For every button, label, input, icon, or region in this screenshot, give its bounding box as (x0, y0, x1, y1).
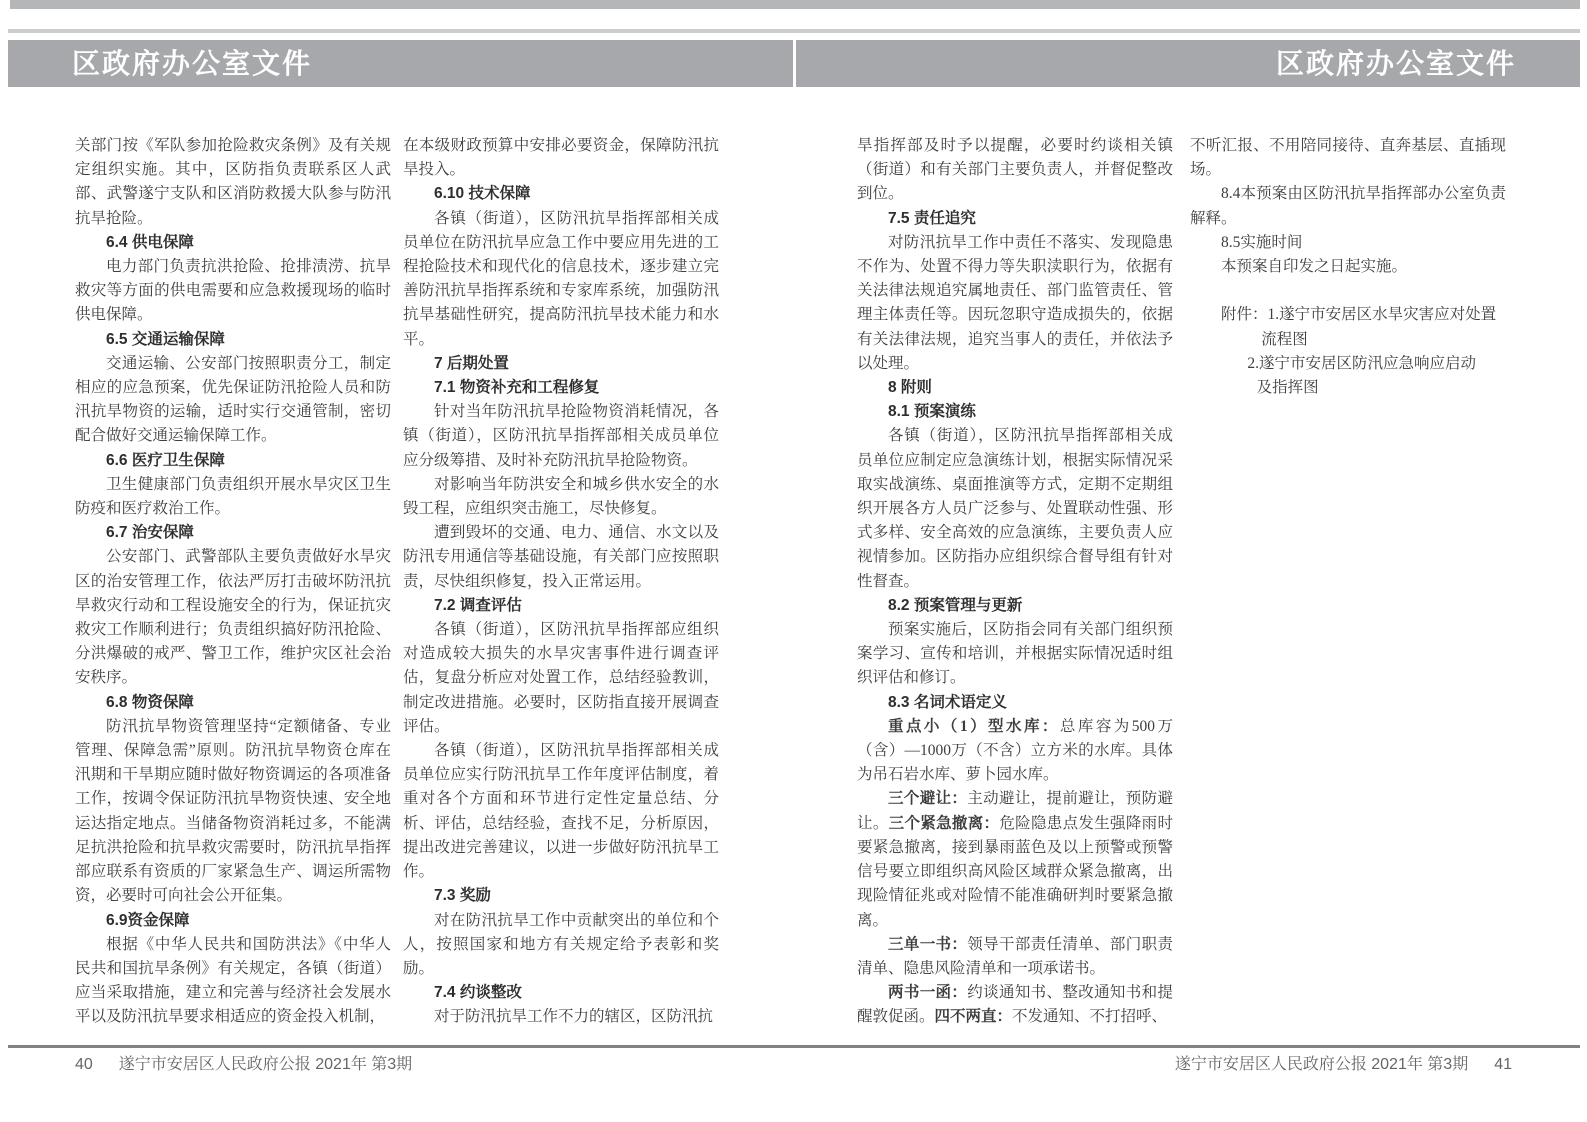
body-paragraph: 8.4本预案由区防汛抗旱指挥部办公室负责解释。 (1190, 182, 1506, 230)
footer-title-left: 遂宁市安居区人民政府公报 2021年 第3期 (119, 1056, 412, 1073)
body-paragraph: 对于防汛抗旱工作不力的辖区，区防汛抗 (403, 1005, 719, 1029)
footer-right: 遂宁市安居区人民政府公报 2021年 第3期41 (1175, 1054, 1512, 1076)
body-paragraph: 遭到毁坏的交通、电力、通信、水文以及防汛专用通信等基础设施，有关部门应按照职责，… (403, 521, 719, 594)
attachment-line: 附件：1.遂宁市安居区水旱灾害应对处置 (1190, 303, 1506, 327)
section-heading: 7 后期处置 (403, 352, 719, 376)
body-paragraph: 卫生健康部门负责组织开展水旱灾区卫生防疫和医疗救治工作。 (75, 473, 391, 521)
section-heading: 7.3 奖励 (403, 884, 719, 908)
section-heading: 7.5 责任追究 (857, 207, 1173, 231)
text-column-1: 关部门按《军队参加抢险救灾条例》及有关规定组织实施。其中，区防指负责联系区人武部… (75, 134, 391, 1044)
page-top-edge-strip (10, 0, 1580, 9)
section-heading: 7.1 物资补充和工程修复 (403, 376, 719, 400)
body-paragraph: 8.5实施时间 (1190, 231, 1506, 255)
section-heading: 8.3 名词术语定义 (857, 691, 1173, 715)
body-paragraph: 电力部门负责抗洪抢险、抢排渍涝、抗旱救灾等方面的供电需要和应急救援现场的临时供电… (75, 255, 391, 328)
attachment-line: 流程图 (1190, 328, 1506, 352)
section-heading: 6.5 交通运输保障 (75, 328, 391, 352)
body-paragraph: 公安部门、武警部队主要负责做好水旱灾区的治安管理工作，依法严厉打击破坏防汛抗旱救… (75, 545, 391, 690)
body-paragraph: 对防汛抗旱工作中责任不落实、发现隐患不作为、处置不得力等失职渎职行为，依据有关法… (857, 231, 1173, 376)
attachment-line: 2.遂宁市安居区防汛应急响应启动 (1190, 352, 1506, 376)
body-paragraph: 在本级财政预算中安排必要资金，保障防汛抗旱投入。 (403, 134, 719, 182)
header-banner-right-label: 区政府办公室文件 (1276, 48, 1516, 79)
body-paragraph: 交通运输、公安部门按照职责分工，制定相应的应急预案，优先保证防汛抢险人员和防汛抗… (75, 352, 391, 449)
body-paragraph: 本预案自印发之日起实施。 (1190, 255, 1506, 279)
body-paragraph: 三个避让：主动避让，提前避让，预防避让。三个紧急撤离：危险隐患点发生强降雨时要紧… (857, 787, 1173, 932)
body-paragraph: 各镇（街道），区防汛抗旱指挥部相关成员单位应制定应急演练计划，根据实际情况采取实… (857, 424, 1173, 593)
section-heading: 6.7 治安保障 (75, 521, 391, 545)
body-paragraph: 两书一函：约谈通知书、整改通知书和提醒敦促函。四不两直：不发通知、不打招呼、 (857, 981, 1173, 1029)
text-column-3: 旱指挥部及时予以提醒，必要时约谈相关镇（街道）和有关部门主要负责人，并督促整改到… (857, 134, 1173, 1044)
section-heading: 6.8 物资保障 (75, 691, 391, 715)
section-heading: 8 附则 (857, 376, 1173, 400)
page-number-right: 41 (1494, 1054, 1512, 1076)
header-banner-right: 区政府办公室文件 (796, 40, 1580, 87)
body-paragraph: 重点小（1）型水库：总库容为500万（含）—1000万（不含）立方米的水库。具体… (857, 715, 1173, 788)
page-number-left: 40 (75, 1054, 93, 1076)
blank-line (1190, 279, 1506, 303)
body-paragraph: 对在防汛抗旱工作中贡献突出的单位和个人，按照国家和地方有关规定给予表彰和奖励。 (403, 909, 719, 982)
attachment-line: 及指挥图 (1190, 376, 1506, 400)
body-paragraph: 三单一书：领导干部责任清单、部门职责清单、隐患风险清单和一项承诺书。 (857, 933, 1173, 981)
section-heading: 8.2 预案管理与更新 (857, 594, 1173, 618)
body-paragraph: 针对当年防汛抗旱抢险物资消耗情况，各镇（街道），区防汛抗旱指挥部相关成员单位应分… (403, 400, 719, 473)
section-heading: 6.9资金保障 (75, 909, 391, 933)
footer-rule (8, 1045, 1580, 1048)
header-banner-left-label: 区政府办公室文件 (72, 48, 312, 79)
body-paragraph: 不听汇报、不用陪同接待、直奔基层、直插现场。 (1190, 134, 1506, 182)
section-heading: 6.4 供电保障 (75, 231, 391, 255)
header-banner-left: 区政府办公室文件 (8, 40, 793, 87)
bulletin-spread: { "header": { "left_banner": "区政府办公室文件",… (0, 0, 1587, 1122)
section-heading: 7.4 约谈整改 (403, 981, 719, 1005)
section-heading: 6.6 医疗卫生保障 (75, 449, 391, 473)
footer-title-right: 遂宁市安居区人民政府公报 2021年 第3期 (1175, 1056, 1468, 1073)
body-paragraph: 旱指挥部及时予以提醒，必要时约谈相关镇（街道）和有关部门主要负责人，并督促整改到… (857, 134, 1173, 207)
body-paragraph: 预案实施后，区防指会同有关部门组织预案学习、宣传和培训，并根据实际情况适时组织评… (857, 618, 1173, 691)
body-paragraph: 关部门按《军队参加抢险救灾条例》及有关规定组织实施。其中，区防指负责联系区人武部… (75, 134, 391, 231)
body-paragraph: 各镇（街道），区防汛抗旱指挥部应组织对造成较大损失的水旱灾害事件进行调查评估，复… (403, 618, 719, 739)
body-paragraph: 各镇（街道），区防汛抗旱指挥部相关成员单位应实行防汛抗旱工作年度评估制度，着重对… (403, 739, 719, 884)
footer-left: 40遂宁市安居区人民政府公报 2021年 第3期 (75, 1054, 412, 1076)
text-column-4: 不听汇报、不用陪同接待、直奔基层、直插现场。8.4本预案由区防汛抗旱指挥部办公室… (1190, 134, 1506, 1044)
body-paragraph: 各镇（街道），区防汛抗旱指挥部相关成员单位在防汛抗旱应急工作中要应用先进的工程抢… (403, 207, 719, 352)
text-column-2: 在本级财政预算中安排必要资金，保障防汛抗旱投入。6.10 技术保障各镇（街道），… (403, 134, 719, 1044)
section-heading: 8.1 预案演练 (857, 400, 1173, 424)
body-paragraph: 防汛抗旱物资管理坚持“定额储备、专业管理、保障急需”原则。防汛抗旱物资仓库在汛期… (75, 715, 391, 909)
section-heading: 6.10 技术保障 (403, 182, 719, 206)
header-divider-rule (8, 29, 1580, 33)
body-paragraph: 对影响当年防洪安全和城乡供水安全的水毁工程，应组织突击施工，尽快修复。 (403, 473, 719, 521)
section-heading: 7.2 调查评估 (403, 594, 719, 618)
body-paragraph: 根据《中华人民共和国防洪法》《中华人民共和国抗旱条例》有关规定，各镇（街道）应当… (75, 933, 391, 1030)
